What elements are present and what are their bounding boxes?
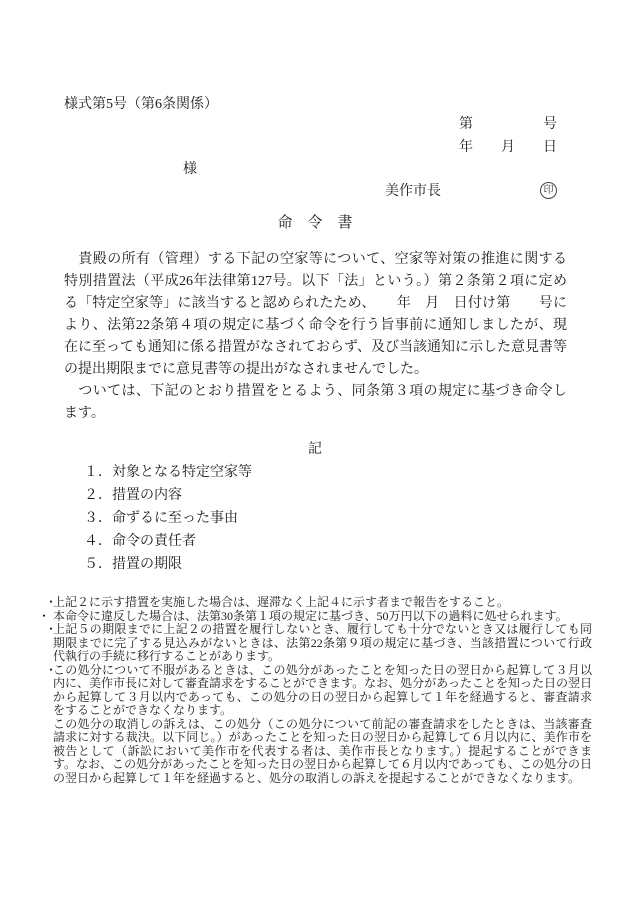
body-text: 貴殿の所有（管理）する下記の空家等について、空家等対策の推進に関する特別措置法（… <box>64 249 567 425</box>
ordered-item: ４．命令の責任者 <box>84 534 252 549</box>
note-text: 上記２に示す措置を実施した場合は、遅滞なく上記４に示す者まで報告をすること。 <box>53 596 592 610</box>
note-item: ・ この処分について不服があるときは、この処分があったことを知った日の翌日から起… <box>38 664 592 786</box>
note-text: 上記５の期限までに上記２の措置を履行しないとき、履行しても十分でないとき又は履行… <box>53 623 592 664</box>
document-page: 様式第5号（第6条関係） 第 号 年 月 日 様 美作市長 印 命 令 書 貴殿… <box>0 0 630 903</box>
note-paragraph-2: この処分の取消しの訴えは、この処分（この処分について前記の審査請求をしたときは、… <box>53 718 592 786</box>
note-item: ・ 本命令に違反した場合は、法第30条第１項の規定に基づき、50万円以下の過料に… <box>38 610 592 624</box>
ordered-item: ２．措置の内容 <box>84 488 252 503</box>
ordered-item: ５．措置の期限 <box>84 557 252 572</box>
body-paragraph-1: 貴殿の所有（管理）する下記の空家等について、空家等対策の推進に関する特別措置法（… <box>64 249 567 381</box>
ordered-items-list: １．対象となる特定空家等 ２．措置の内容 ３．命ずるに至った事由 ４．命令の責任… <box>84 465 252 580</box>
body-paragraph-2: ついては、下記のとおり措置をとるよう、同条第３項の規定に基づき命令します。 <box>64 381 567 425</box>
note-paragraph: この処分について不服があるときは、この処分があったことを知った日の翌日から起算し… <box>53 664 592 718</box>
bullet-marker: ・ <box>38 610 50 624</box>
bullet-marker: ・ <box>45 596 57 610</box>
issuer-line: 美作市長 印 <box>385 180 557 200</box>
seal-icon: 印 <box>540 182 557 199</box>
notes-list: ・ 上記２に示す措置を実施した場合は、遅滞なく上記４に示す者まで報告をすること。… <box>38 596 592 785</box>
note-paragraph: 上記２に示す措置を実施した場合は、遅滞なく上記４に示す者まで報告をすること。 <box>53 596 592 610</box>
note-item: ・ 上記５の期限までに上記２の措置を履行しないとき、履行しても十分でないとき又は… <box>38 623 592 664</box>
ki-marker: 記 <box>0 438 630 458</box>
form-number-label: 様式第5号（第6条関係） <box>64 93 218 113</box>
addressee-suffix: 様 <box>183 158 197 178</box>
page-title: 命 令 書 <box>0 211 630 232</box>
bullet-marker: ・ <box>45 664 57 678</box>
date-line: 年 月 日 <box>459 136 557 156</box>
note-paragraph: 本命令に違反した場合は、法第30条第１項の規定に基づき、50万円以下の過料に処せ… <box>53 610 592 624</box>
bullet-marker: ・ <box>45 623 57 637</box>
note-item: ・ 上記２に示す措置を実施した場合は、遅滞なく上記４に示す者まで報告をすること。 <box>38 596 592 610</box>
note-paragraph: 上記５の期限までに上記２の措置を履行しないとき、履行しても十分でないとき又は履行… <box>53 623 592 664</box>
ordered-item: １．対象となる特定空家等 <box>84 465 252 480</box>
ordered-item: ３．命ずるに至った事由 <box>84 511 252 526</box>
note-text: 本命令に違反した場合は、法第30条第１項の規定に基づき、50万円以下の過料に処せ… <box>53 610 592 624</box>
note-text: この処分について不服があるときは、この処分があったことを知った日の翌日から起算し… <box>53 664 592 786</box>
issuer-name: 美作市長 <box>385 180 441 200</box>
document-number-line: 第 号 <box>459 113 557 133</box>
